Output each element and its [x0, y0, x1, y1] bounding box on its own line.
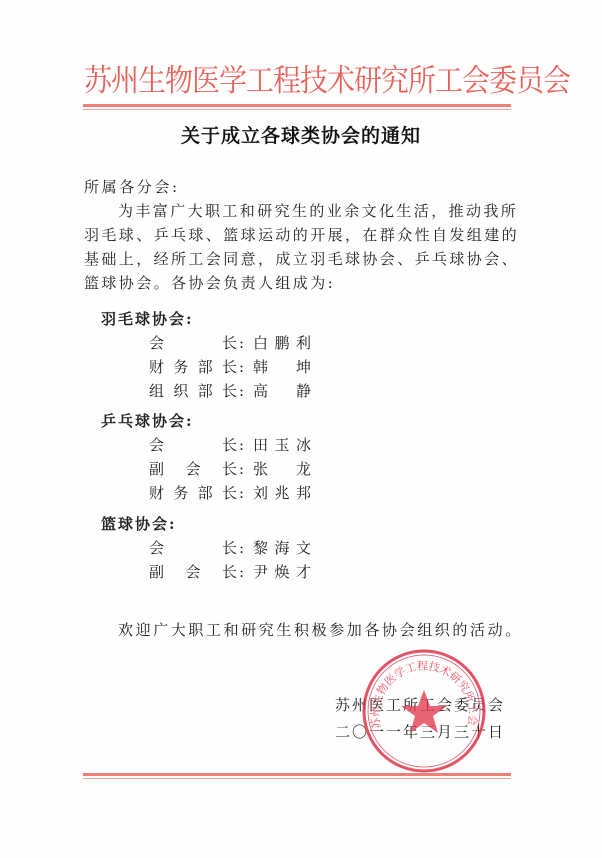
member-role: 会长: [149, 331, 239, 355]
member-name: 张龙: [253, 457, 313, 481]
document-body: 所属各分会: 为丰富广大职工和研究生的业余文化生活，推动我所羽毛球、乒乓球、篮球…: [84, 175, 524, 295]
association-table-tennis: 乒乓球协会: 会长 : 田玉冰 副会长 : 张龙 财务部长 : 刘兆邦: [101, 409, 401, 505]
member-row: 会长 : 白鹏利: [101, 331, 401, 355]
colon: :: [239, 457, 253, 481]
association-title: 羽毛球协会:: [101, 307, 401, 331]
member-row: 副会长 : 尹焕才: [101, 560, 401, 584]
divider-thin-line: [83, 109, 511, 110]
member-name: 白鹏利: [253, 331, 313, 355]
member-role: 副会长: [149, 560, 239, 584]
colon: :: [239, 433, 253, 457]
member-role: 组织部长: [149, 379, 239, 403]
divider-thin-line: [83, 778, 511, 779]
closing-sentence: 欢迎广大职工和研究生积极参加各协会组织的活动。: [118, 619, 523, 640]
association-title: 篮球协会:: [101, 512, 401, 536]
member-row: 财务部长 : 韩坤: [101, 355, 401, 379]
member-role: 会长: [149, 433, 239, 457]
colon: :: [239, 481, 253, 505]
divider-thick-line: [83, 104, 511, 107]
member-role: 副会长: [149, 457, 239, 481]
member-row: 会长 : 田玉冰: [101, 433, 401, 457]
letterhead-organization: 苏州生物医学工程技术研究所工会委员会: [84, 57, 514, 101]
document-title: 关于成立各球类协会的通知: [0, 121, 602, 148]
colon: :: [239, 560, 253, 584]
member-row: 组织部长 : 高静: [101, 379, 401, 403]
colon: :: [239, 331, 253, 355]
body-paragraph: 为丰富广大职工和研究生的业余文化生活，推动我所羽毛球、乒乓球、篮球运动的开展，在…: [84, 199, 524, 295]
colon: :: [239, 536, 253, 560]
member-name: 田玉冰: [253, 433, 313, 457]
member-name: 韩坤: [253, 355, 313, 379]
association-badminton: 羽毛球协会: 会长 : 白鹏利 财务部长 : 韩坤 组织部长 : 高静: [101, 307, 401, 403]
member-row: 副会长 : 张龙: [101, 457, 401, 481]
member-row: 会长 : 黎海文: [101, 536, 401, 560]
salutation: 所属各分会:: [84, 175, 524, 199]
member-role: 财务部长: [149, 481, 239, 505]
member-role: 财务部长: [149, 355, 239, 379]
letterhead-divider: [83, 104, 511, 110]
divider-thick-line: [83, 773, 511, 776]
member-name: 黎海文: [253, 536, 313, 560]
footer-divider: [83, 773, 511, 779]
issue-date: 二〇一一年三月三十日: [335, 719, 505, 746]
member-name: 刘兆邦: [253, 481, 313, 505]
colon: :: [239, 355, 253, 379]
document-page: 苏州生物医学工程技术研究所工会委员会 关于成立各球类协会的通知 所属各分会: 为…: [0, 0, 602, 858]
member-row: 财务部长 : 刘兆邦: [101, 481, 401, 505]
member-name: 尹焕才: [253, 560, 313, 584]
signature-block: 苏州医工所工会委员会 二〇一一年三月三十日: [335, 692, 505, 746]
member-role: 会长: [149, 536, 239, 560]
colon: :: [239, 379, 253, 403]
member-name: 高静: [253, 379, 313, 403]
issuer-name: 苏州医工所工会委员会: [335, 692, 505, 719]
association-basketball: 篮球协会: 会长 : 黎海文 副会长 : 尹焕才: [101, 512, 401, 584]
association-title: 乒乓球协会:: [101, 409, 401, 433]
